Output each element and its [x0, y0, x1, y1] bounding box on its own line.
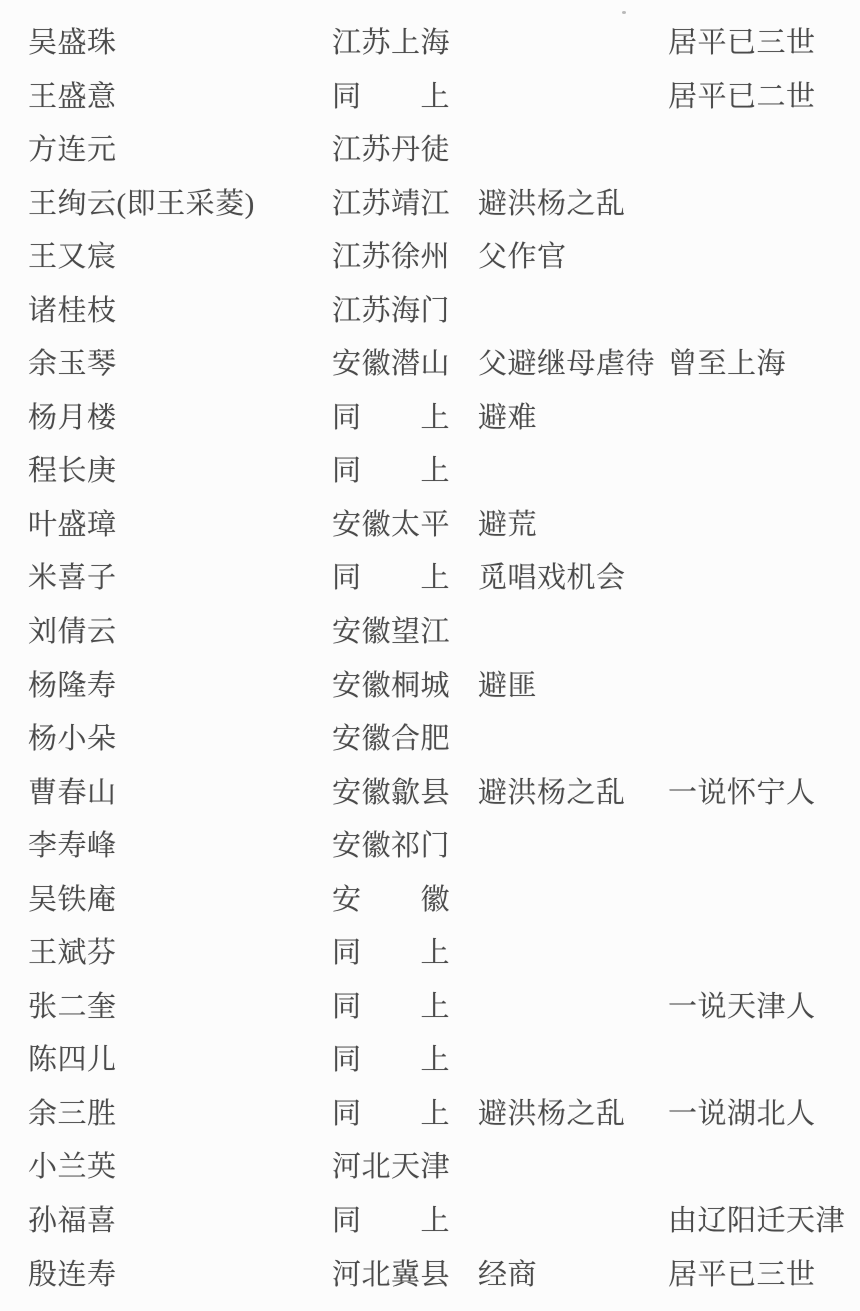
person-name: 王绚云(即王采菱)	[28, 178, 255, 232]
table-row: 方连元江苏丹徒	[0, 124, 860, 178]
table-row: 米喜子同 上觅唱戏机会	[0, 552, 860, 606]
extra-note: 曾至上海	[668, 338, 786, 392]
person-name: 小兰英	[28, 1141, 117, 1195]
place-of-origin: 江苏上海	[332, 17, 450, 71]
place-of-origin: 安徽潜山	[332, 338, 450, 392]
table-row: 王盛意同 上居平已二世	[0, 71, 860, 125]
place-of-origin: 江苏丹徒	[332, 124, 450, 178]
migration-reason: 父作官	[478, 231, 567, 285]
migration-reason: 避洪杨之乱	[478, 1088, 626, 1142]
place-of-origin: 江苏靖江	[332, 178, 450, 232]
origin-table: 吴盛珠江苏上海居平已三世王盛意同 上居平已二世方连元江苏丹徒王绚云(即王采菱)江…	[0, 17, 860, 1302]
person-name: 吴盛珠	[28, 17, 117, 71]
person-name: 殷连寿	[28, 1249, 117, 1303]
place-of-origin: 同 上	[332, 927, 450, 981]
person-name: 余三胜	[28, 1088, 117, 1142]
migration-reason: 避洪杨之乱	[478, 178, 626, 232]
person-name: 余玉琴	[28, 338, 117, 392]
table-row: 陈四儿同 上	[0, 1034, 860, 1088]
person-name: 王盛意	[28, 71, 117, 125]
place-of-origin: 安徽歙县	[332, 767, 450, 821]
table-row: 余玉琴安徽潜山父避继母虐待曾至上海	[0, 338, 860, 392]
extra-note: 一说湖北人	[668, 1088, 816, 1142]
extra-note: 居平已三世	[668, 17, 816, 71]
person-name: 诸桂枝	[28, 285, 117, 339]
table-row: 张二奎同 上一说天津人	[0, 981, 860, 1035]
table-row: 余三胜同 上避洪杨之乱一说湖北人	[0, 1088, 860, 1142]
table-row: 曹春山安徽歙县避洪杨之乱一说怀宁人	[0, 767, 860, 821]
person-name: 叶盛璋	[28, 499, 117, 553]
place-of-origin: 河北天津	[332, 1141, 450, 1195]
table-row: 吴铁庵安 徽	[0, 874, 860, 928]
place-of-origin: 同 上	[332, 71, 450, 125]
place-of-origin: 安徽望江	[332, 606, 450, 660]
extra-note: 一说怀宁人	[668, 767, 816, 821]
extra-note: 由辽阳迁天津	[668, 1195, 845, 1249]
table-row: 吴盛珠江苏上海居平已三世	[0, 17, 860, 71]
place-of-origin: 安徽太平	[332, 499, 450, 553]
table-row: 诸桂枝江苏海门	[0, 285, 860, 339]
place-of-origin: 同 上	[332, 1088, 450, 1142]
migration-reason: 父避继母虐待	[478, 338, 655, 392]
table-row: 殷连寿河北冀县经商居平已三世	[0, 1249, 860, 1303]
place-of-origin: 同 上	[332, 1034, 450, 1088]
extra-note: 一说天津人	[668, 981, 816, 1035]
person-name: 李寿峰	[28, 820, 117, 874]
table-row: 李寿峰安徽祁门	[0, 820, 860, 874]
table-row: 叶盛璋安徽太平避荒	[0, 499, 860, 553]
extra-note: 居平已三世	[668, 1249, 816, 1303]
place-of-origin: 安徽桐城	[332, 660, 450, 714]
migration-reason: 避难	[478, 392, 537, 446]
person-name: 王又宸	[28, 231, 117, 285]
scanned-document-page: 吴盛珠江苏上海居平已三世王盛意同 上居平已二世方连元江苏丹徒王绚云(即王采菱)江…	[0, 0, 860, 1311]
person-name: 杨小朵	[28, 713, 117, 767]
table-row: 杨月楼同 上避难	[0, 392, 860, 446]
place-of-origin: 同 上	[332, 552, 450, 606]
table-row: 王绚云(即王采菱)江苏靖江避洪杨之乱	[0, 178, 860, 232]
person-name: 王斌芬	[28, 927, 117, 981]
table-row: 小兰英河北天津	[0, 1141, 860, 1195]
table-row: 王斌芬同 上	[0, 927, 860, 981]
person-name: 方连元	[28, 124, 117, 178]
place-of-origin: 同 上	[332, 445, 450, 499]
place-of-origin: 安徽祁门	[332, 820, 450, 874]
place-of-origin: 同 上	[332, 392, 450, 446]
place-of-origin: 同 上	[332, 981, 450, 1035]
place-of-origin: 安 徽	[332, 874, 450, 928]
person-name: 杨隆寿	[28, 660, 117, 714]
place-of-origin: 安徽合肥	[332, 713, 450, 767]
person-name: 曹春山	[28, 767, 117, 821]
migration-reason: 避洪杨之乱	[478, 767, 626, 821]
person-name: 吴铁庵	[28, 874, 117, 928]
table-row: 程长庚同 上	[0, 445, 860, 499]
person-name: 杨月楼	[28, 392, 117, 446]
person-name: 程长庚	[28, 445, 117, 499]
person-name: 米喜子	[28, 552, 117, 606]
place-of-origin: 同 上	[332, 1195, 450, 1249]
person-name: 张二奎	[28, 981, 117, 1035]
table-row: 刘倩云安徽望江	[0, 606, 860, 660]
table-row: 孙福喜同 上由辽阳迁天津	[0, 1195, 860, 1249]
extra-note: 居平已二世	[668, 71, 816, 125]
table-row: 王又宸江苏徐州父作官	[0, 231, 860, 285]
place-of-origin: 江苏徐州	[332, 231, 450, 285]
person-name: 孙福喜	[28, 1195, 117, 1249]
table-row: 杨隆寿安徽桐城避匪	[0, 660, 860, 714]
person-name: 刘倩云	[28, 606, 117, 660]
table-row: 杨小朵安徽合肥	[0, 713, 860, 767]
scan-speck	[622, 11, 626, 14]
migration-reason: 觅唱戏机会	[478, 552, 626, 606]
migration-reason: 避匪	[478, 660, 537, 714]
place-of-origin: 河北冀县	[332, 1249, 450, 1303]
migration-reason: 避荒	[478, 499, 537, 553]
place-of-origin: 江苏海门	[332, 285, 450, 339]
migration-reason: 经商	[478, 1249, 537, 1303]
person-name: 陈四儿	[28, 1034, 117, 1088]
